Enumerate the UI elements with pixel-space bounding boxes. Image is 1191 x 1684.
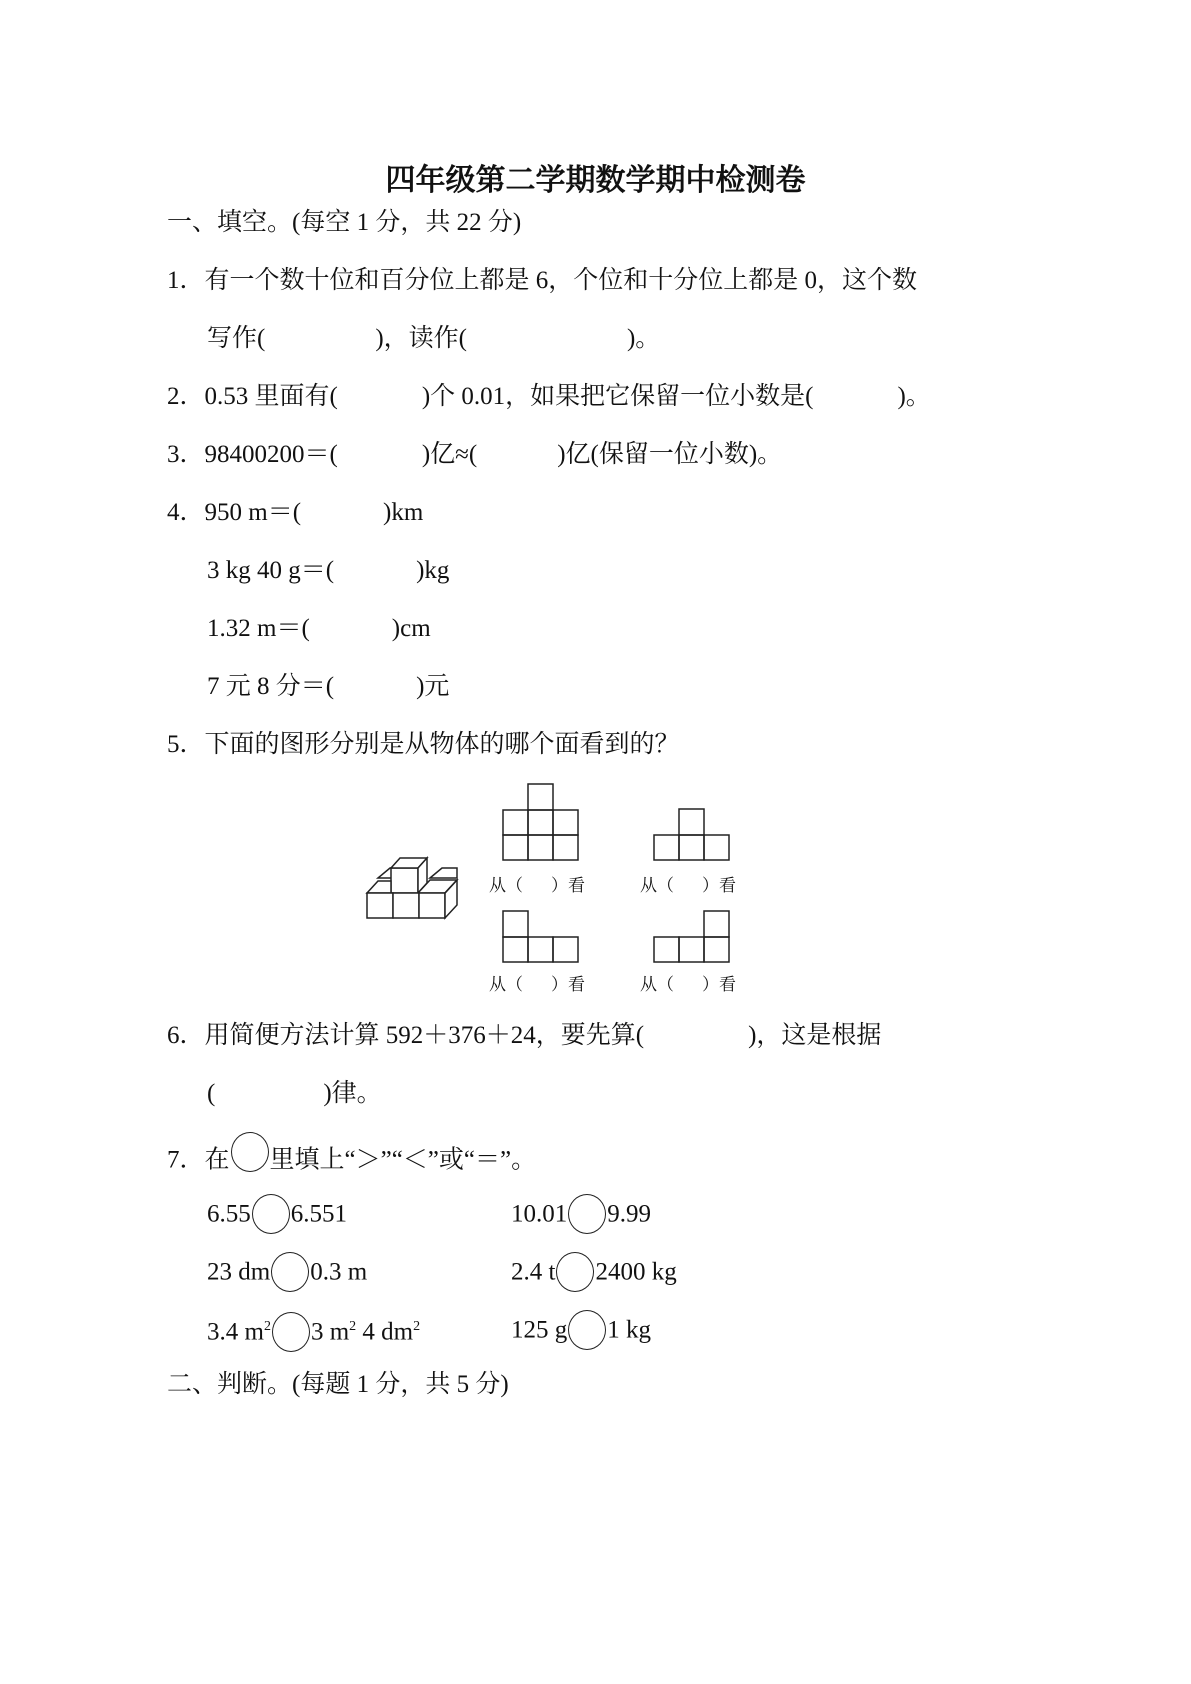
compare-item-2: 10.019.99 [511, 1196, 651, 1236]
compare-right: 1 kg [607, 1317, 651, 1344]
q4-r3-b: )cm [392, 615, 431, 642]
question-2: 2．0.53 里面有()个 0.01，如果把它保留一位小数是()。 [167, 382, 931, 412]
page-title: 四年级第二学期数学期中检测卷 [0, 155, 1191, 199]
compare-left: 10.01 [511, 1201, 567, 1228]
label-look: ）看 [702, 975, 736, 995]
question-1-line-1: 1．有一个数十位和百分位上都是 6，个位和十分位上都是 0，这个数 [167, 266, 917, 296]
question-6-line-2: ()律。 [207, 1079, 382, 1109]
circle-icon [231, 1132, 269, 1172]
compare-circle-5[interactable] [272, 1312, 310, 1352]
question-4-row-4: 7 元 8 分＝()元 [207, 672, 449, 702]
q2-part-a: 2．0.53 里面有( [167, 383, 338, 410]
q1-write-label: 写作( [207, 325, 265, 352]
label-look: ）看 [551, 876, 585, 896]
q3-part-c: )亿(保留一位小数)。 [557, 441, 782, 468]
question-7: 7．在里填上“＞”“＜”或“＝”。 [167, 1142, 536, 1182]
compare-right-2: 4 dm [356, 1318, 413, 1345]
q4-r2-b: )kg [416, 557, 449, 584]
compare-circle-1[interactable] [252, 1194, 290, 1234]
q6-part-a: 6．用简便方法计算 592＋376＋24，要先算( [167, 1022, 644, 1049]
section-heading-true-false: 二、判断。(每题 1 分，共 5 分) [167, 1370, 509, 1400]
question-6-line-1: 6．用简便方法计算 592＋376＋24，要先算()，这是根据 [167, 1021, 881, 1051]
q4-r1-a: 4．950 m＝( [167, 499, 301, 526]
compare-item-3: 23 dm0.3 m [207, 1254, 367, 1294]
compare-right: 3 m [311, 1318, 349, 1345]
q7-part-a: 7．在 [167, 1147, 230, 1174]
cube-stack-figure [360, 850, 470, 920]
view-label-2: 从（）看 [640, 871, 736, 896]
section-heading-fill-blank: 一、填空。(每空 1 分，共 22 分) [167, 208, 521, 238]
q1-end: )。 [627, 325, 660, 352]
compare-right: 0.3 m [310, 1259, 367, 1286]
compare-left: 2.4 t [511, 1259, 555, 1286]
q6-part-d: )律。 [323, 1080, 381, 1107]
question-4-row-2: 3 kg 40 g＝()kg [207, 556, 449, 586]
label-look: ）看 [551, 975, 585, 995]
question-3: 3．98400200＝()亿≈()亿(保留一位小数)。 [167, 440, 782, 470]
q4-r1-b: )km [383, 499, 423, 526]
compare-right: 2400 kg [595, 1259, 676, 1286]
superscript: 2 [413, 1319, 420, 1334]
compare-left: 125 g [511, 1317, 567, 1344]
q4-r4-b: )元 [416, 673, 449, 700]
superscript: 2 [264, 1319, 271, 1334]
compare-right: 6.551 [291, 1201, 347, 1228]
q2-part-b: )个 0.01，如果把它保留一位小数是( [422, 383, 814, 410]
label-from: 从（ [640, 975, 674, 995]
q3-part-b: )亿≈( [422, 441, 477, 468]
view-figure-1 [502, 783, 582, 861]
q1-read-label: )，读作( [375, 325, 467, 352]
compare-item-1: 6.556.551 [207, 1196, 347, 1236]
q6-part-b: )，这是根据 [748, 1022, 881, 1049]
label-look: ）看 [702, 876, 736, 896]
compare-circle-6[interactable] [568, 1310, 606, 1350]
view-label-1: 从（）看 [489, 871, 585, 896]
view-label-3: 从（）看 [489, 970, 585, 995]
question-1-line-2: 写作()，读作()。 [207, 324, 660, 354]
q4-r2-a: 3 kg 40 g＝( [207, 557, 334, 584]
compare-circle-4[interactable] [556, 1252, 594, 1292]
compare-circle-2[interactable] [568, 1194, 606, 1234]
label-from: 从（ [489, 975, 523, 995]
compare-right: 9.99 [607, 1201, 651, 1228]
compare-left: 6.55 [207, 1201, 251, 1228]
question-4-row-3: 1.32 m＝()cm [207, 614, 431, 644]
view-figure-4 [653, 910, 733, 963]
question-4-row-1: 4．950 m＝()km [167, 498, 423, 528]
compare-left: 3.4 m [207, 1318, 264, 1345]
compare-item-6: 125 g1 kg [511, 1312, 651, 1352]
q3-part-a: 3．98400200＝( [167, 441, 338, 468]
view-label-4: 从（）看 [640, 970, 736, 995]
compare-item-4: 2.4 t2400 kg [511, 1254, 677, 1294]
q4-r4-a: 7 元 8 分＝( [207, 673, 334, 700]
view-figure-3 [502, 910, 582, 963]
compare-circle-3[interactable] [271, 1252, 309, 1292]
compare-left: 23 dm [207, 1259, 270, 1286]
q7-part-b: 里填上“＞”“＜”或“＝”。 [270, 1147, 537, 1174]
label-from: 从（ [489, 876, 523, 896]
question-5: 5．下面的图形分别是从物体的哪个面看到的？ [167, 730, 680, 760]
q4-r3-a: 1.32 m＝( [207, 615, 310, 642]
q6-part-c: ( [207, 1080, 215, 1107]
view-figure-2 [653, 808, 733, 861]
compare-item-5: 3.4 m23 m2 4 dm2 [207, 1312, 420, 1354]
q2-part-c: )。 [897, 383, 930, 410]
label-from: 从（ [640, 876, 674, 896]
